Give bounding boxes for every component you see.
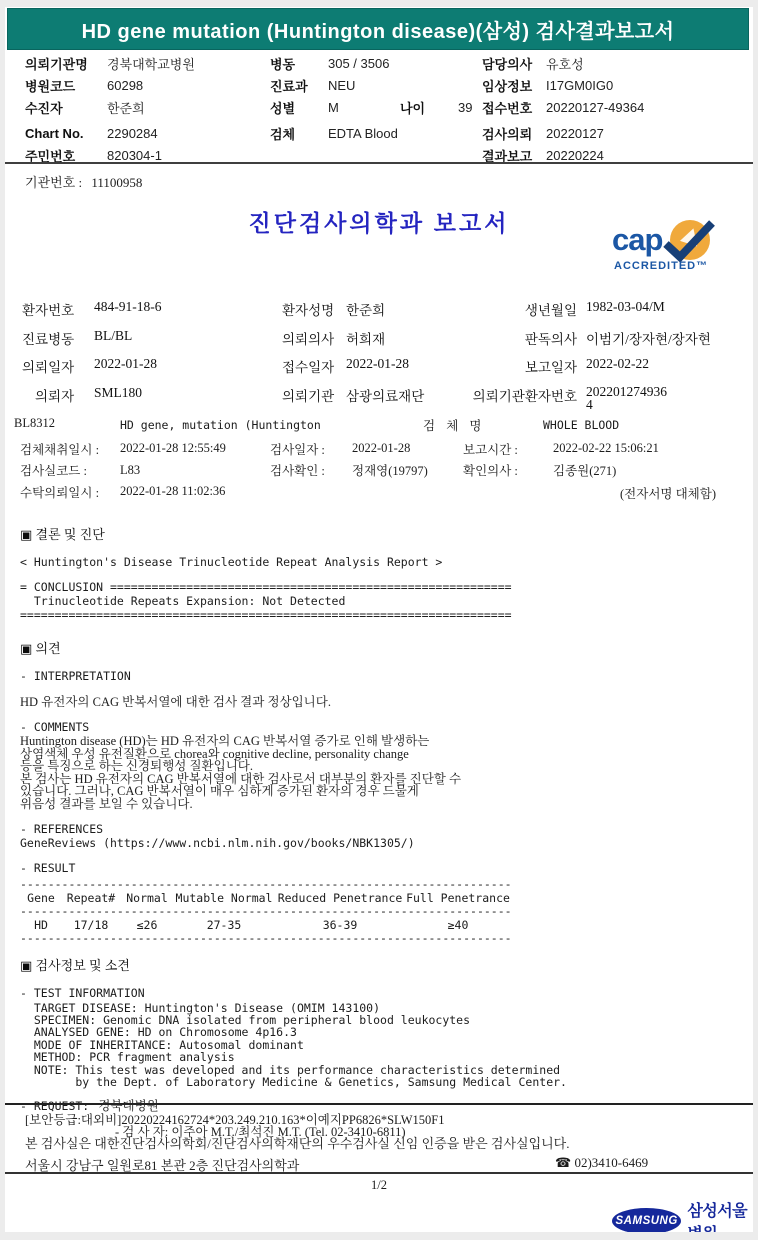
result-label: - RESULT xyxy=(20,862,746,875)
field-label: 의뢰일자 xyxy=(22,356,94,376)
patient-row: 의뢰일자2022-01-28 접수일자2022-01-28 보고일자2022-0… xyxy=(0,356,758,385)
field-label: 진료병동 xyxy=(22,328,94,348)
order-header-col3: 담당의사유호성 임상정보I17GM0IG0 접수번호20220127-49364… xyxy=(482,52,644,167)
cap-accredited-text: ACCREDITED™ xyxy=(614,260,708,272)
samsung-wordmark: SAMSUNG xyxy=(616,1215,678,1227)
field-value: 2022-02-22 15:06:21 xyxy=(553,441,758,456)
field-label: 환자번호 xyxy=(22,299,94,319)
field-row: 의뢰기관명경북대학교병원 xyxy=(25,52,195,74)
field-row: 진료과NEU xyxy=(270,74,472,96)
field-value: 60298 xyxy=(107,78,143,93)
test-code-row: BL8312 HD gene, mutation (Huntington 검 체… xyxy=(0,416,758,438)
comment-line: 위음성 결과를 보일 수 있습니다. xyxy=(20,798,746,811)
test-information-lines: TARGET DISEASE: Huntington's Disease (OM… xyxy=(20,1002,746,1089)
field-label: 수진자 xyxy=(25,98,107,117)
lab-address: 서울시 강남구 일원로81 본관 2층 진단검사의학과 xyxy=(25,1158,299,1173)
org-number: 기관번호 : 11100958 xyxy=(25,172,142,191)
comments-label: - COMMENTS xyxy=(20,721,746,734)
field-label: Chart No. xyxy=(25,126,107,141)
cap-wordmark: cap xyxy=(612,224,662,255)
info-line: by the Dept. of Laboratory Medicine & Ge… xyxy=(20,1076,746,1088)
field-label: 의뢰기관 xyxy=(282,385,346,405)
divider xyxy=(5,1172,753,1174)
field-value: 유호성 xyxy=(546,54,584,73)
org-number-value: 11100958 xyxy=(91,175,142,190)
field-row: 담당의사유호성 xyxy=(482,52,644,74)
references-text: GeneReviews (https://www.ncbi.nlm.nih.go… xyxy=(20,837,746,850)
conclusion-footer-line: ========================================… xyxy=(20,609,746,622)
column-header: Reduced Penetrance xyxy=(274,891,406,905)
result-table: ----------------------------------------… xyxy=(20,878,746,945)
field-value: 2022012749364 xyxy=(586,385,672,412)
order-header-col1: 의뢰기관명경북대학교병원 병원코드60298 수진자한준희 Chart No.2… xyxy=(25,52,195,167)
interpretation-text: HD 유전자의 CAG 반복서열에 대한 검사 결과 정상입니다. xyxy=(20,696,746,709)
table-cell: 17/18 xyxy=(62,918,120,932)
field-value: M xyxy=(328,100,398,115)
field-value: 2022-01-28 12:55:49 xyxy=(120,441,270,456)
field-value: 경북대학교병원 xyxy=(107,54,195,73)
field-label: 의뢰기관명 xyxy=(25,54,107,73)
page-number: 1/2 xyxy=(0,1178,758,1193)
field-value: 이범기/장자현/장자현 xyxy=(586,328,758,348)
field-value: 2022-01-28 xyxy=(352,441,463,456)
references-label: - REFERENCES xyxy=(20,823,746,836)
patient-row: 진료병동BL/BL 의뢰의사허희재 판독의사이범기/장자현/장자현 xyxy=(0,328,758,357)
patient-row: 환자번호484-91-18-6 환자성명한준희 생년월일1982-03-04/M xyxy=(0,299,758,328)
field-value: 2022-01-28 xyxy=(94,356,282,372)
report-page: HD gene mutation (Huntington disease)(삼성… xyxy=(0,0,758,1240)
field-label: 나이 xyxy=(400,98,458,117)
field-label: 접수번호 xyxy=(482,98,546,117)
lab-phone: ☎ 02)3410-6469 xyxy=(555,1155,648,1171)
field-label: 병동 xyxy=(270,54,328,73)
esign-note: (전자서명 대체함) xyxy=(620,484,716,502)
info-line: METHOD: PCR fragment analysis xyxy=(20,1051,746,1063)
test-code: BL8312 xyxy=(14,416,55,431)
test-information-label: - TEST INFORMATION xyxy=(20,987,746,1000)
patient-row: 의뢰자SML180 의뢰기관삼광의료재단 의뢰기관환자번호20220127493… xyxy=(0,385,758,414)
field-label: 검사실코드 : xyxy=(20,461,120,479)
field-value: 2290284 xyxy=(107,126,158,141)
section-heading-test-info: ▣ 검사정보 및 소견 xyxy=(20,955,746,974)
field-value: 1982-03-04/M xyxy=(586,299,758,315)
field-row: 병동305 / 3506 xyxy=(270,52,472,74)
conclusion-header-line: = CONCLUSION ===========================… xyxy=(20,581,746,594)
section-heading-opinion: ▣ 의견 xyxy=(20,638,746,657)
field-value: 2022-01-28 xyxy=(346,356,450,372)
field-value: 한준희 xyxy=(346,299,450,319)
field-label: 병원코드 xyxy=(25,76,107,95)
field-label: 의뢰기관환자번호 xyxy=(450,385,586,405)
page-margin-right xyxy=(753,0,758,1240)
field-label: 의뢰의사 xyxy=(282,328,346,348)
field-value: 820304-1 xyxy=(107,148,162,163)
cap-accredited-logo: cap ACCREDITED™ xyxy=(612,220,730,278)
field-value: 2022-02-22 xyxy=(586,356,758,372)
analysis-report-title: < Huntington's Disease Trinucleotide Rep… xyxy=(20,556,746,569)
field-value: 20220127-49364 xyxy=(546,100,644,115)
page-margin-bottom xyxy=(0,1232,758,1240)
cap-checkmark-icon xyxy=(660,218,716,262)
column-header: Gene xyxy=(20,891,62,905)
field-value: BL/BL xyxy=(94,328,282,344)
samsung-oval-icon: SAMSUNG xyxy=(612,1208,681,1234)
field-label: 생년월일 xyxy=(450,299,586,319)
test-meta-row: 수탁의뢰일시 :2022-01-28 11:02:36 (전자서명 대체함) xyxy=(0,481,758,503)
test-header-block: BL8312 HD gene, mutation (Huntington 검 체… xyxy=(0,416,758,503)
table-cell: 36-39 xyxy=(274,918,406,932)
field-label: 검체채취일시 : xyxy=(20,440,120,458)
test-meta-row: 검사실코드 :L83 검사확인 :정재영(19797) 확인의사 :김종원(27… xyxy=(0,460,758,482)
field-value: 삼광의료재단 xyxy=(346,385,450,405)
patient-info-grid: 환자번호484-91-18-6 환자성명한준희 생년월일1982-03-04/M… xyxy=(0,299,758,413)
table-rule: ----------------------------------------… xyxy=(20,932,746,945)
field-value: 정재영(19797) xyxy=(352,461,463,479)
test-meta-row: 검체채취일시 :2022-01-28 12:55:49 검사일자 :2022-0… xyxy=(0,438,758,460)
column-header: Repeat# xyxy=(62,891,120,905)
field-label: 판독의사 xyxy=(450,328,586,348)
table-cell: 27-35 xyxy=(174,918,274,932)
field-row: 접수번호20220127-49364 xyxy=(482,97,644,119)
field-row: 검체EDTA Blood xyxy=(270,122,472,144)
report-title: HD gene mutation (Huntington disease)(삼성… xyxy=(82,15,675,44)
table-cell: ≥40 xyxy=(406,918,510,932)
divider xyxy=(5,162,753,164)
lab-accreditation-note: 본 검사실은 대한진단검사의학회/진단검사의학재단의 우수검사실 신임 인증을 … xyxy=(25,1133,570,1152)
field-label: 의뢰자 xyxy=(22,385,94,405)
field-label: 환자성명 xyxy=(282,299,346,319)
field-label: 보고시간 : xyxy=(463,440,553,458)
field-row: 검사의뢰20220127 xyxy=(482,122,644,144)
field-row: 병원코드60298 xyxy=(25,74,195,96)
table-header-row: Gene Repeat# Normal Mutable Normal Reduc… xyxy=(20,891,746,905)
field-row: 임상정보I17GM0IG0 xyxy=(482,74,644,96)
field-value: 김종원(271) xyxy=(553,461,758,479)
table-rule: ----------------------------------------… xyxy=(20,878,746,891)
page-margin-left xyxy=(0,0,5,1240)
report-title-banner: HD gene mutation (Huntington disease)(삼성… xyxy=(7,8,749,50)
field-value: I17GM0IG0 xyxy=(546,78,613,93)
table-cell: ≤26 xyxy=(120,918,174,932)
field-value: NEU xyxy=(328,78,355,93)
field-label: 성별 xyxy=(270,98,328,117)
field-label: 임상정보 xyxy=(482,76,546,95)
info-line: ANALYSED GENE: HD on Chromosome 4p16.3 xyxy=(20,1026,746,1038)
field-row: 수진자한준희 xyxy=(25,97,195,119)
field-value: EDTA Blood xyxy=(328,126,398,141)
table-value-row: HD 17/18 ≤26 27-35 36-39 ≥40 xyxy=(20,918,746,932)
section-heading-conclusion: ▣ 결론 및 진단 xyxy=(20,524,746,543)
specimen-label: 검 체 명 xyxy=(423,416,485,434)
field-row: Chart No.2290284 xyxy=(25,122,195,144)
field-label: 보고일자 xyxy=(450,356,586,376)
field-value: 305 / 3506 xyxy=(328,56,389,71)
field-value: 20220127 xyxy=(546,126,604,141)
field-label: 접수일자 xyxy=(282,356,346,376)
test-name: HD gene, mutation (Huntington xyxy=(120,418,321,432)
field-value: 39 xyxy=(458,100,472,115)
field-label: 검사의뢰 xyxy=(482,124,546,143)
table-rule: ----------------------------------------… xyxy=(20,905,746,918)
field-value: L83 xyxy=(120,463,270,478)
field-label: 담당의사 xyxy=(482,54,546,73)
column-header: Mutable Normal xyxy=(174,891,274,905)
report-body: ▣ 결론 및 진단 < Huntington's Disease Trinucl… xyxy=(20,520,746,1139)
field-label: 검사확인 : xyxy=(270,461,352,479)
divider xyxy=(5,1103,753,1105)
interpretation-label: - INTERPRETATION xyxy=(20,670,746,683)
field-label: 진료과 xyxy=(270,76,328,95)
field-value: 2022-01-28 11:02:36 xyxy=(120,484,270,499)
field-label: 수탁의뢰일시 : xyxy=(20,483,120,501)
column-header: Full Penetrance xyxy=(406,891,510,905)
org-number-label: 기관번호 : xyxy=(25,175,82,190)
order-header-col2: 병동305 / 3506 진료과NEU 성별M나이39 검체EDTA Blood xyxy=(270,52,472,145)
specimen-value: WHOLE BLOOD xyxy=(543,418,619,432)
page-margin-top xyxy=(0,0,758,7)
column-header: Normal xyxy=(120,891,174,905)
field-value: 484-91-18-6 xyxy=(94,299,282,315)
comment-line: 등을 특징으로 하는 신경퇴행성 질환입니다. xyxy=(20,760,746,773)
field-value: 허희재 xyxy=(346,328,450,348)
field-label: 검사일자 : xyxy=(270,440,352,458)
table-cell: HD xyxy=(20,918,62,932)
field-value: 한준희 xyxy=(107,98,145,117)
comment-line: Huntington disease (HD)는 HD 유전자의 CAG 반복서… xyxy=(20,735,746,748)
security-classification: [보안등급:대외비]20220224162724*203.249.210.163… xyxy=(25,1110,445,1128)
field-value: SML180 xyxy=(94,385,282,401)
conclusion-body: Trinucleotide Repeats Expansion: Not Det… xyxy=(20,595,746,608)
field-label: 검체 xyxy=(270,124,328,143)
field-value: 20220224 xyxy=(546,148,604,163)
field-row: 성별M나이39 xyxy=(270,97,472,119)
field-label: 확인의사 : xyxy=(463,461,553,479)
